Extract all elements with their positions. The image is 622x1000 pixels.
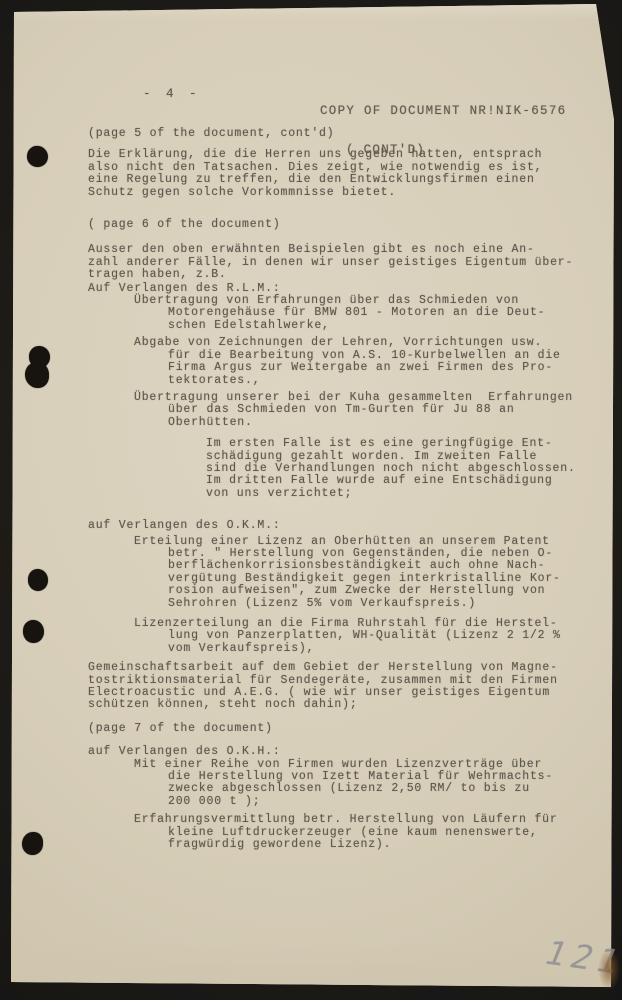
text-line: (page 5 of the document, cont'd) [88,128,598,140]
text-block: Übertragung unserer bei der Kuha gesamme… [88,392,598,429]
text-line: rosion aufweisen", zum Zwecke der Herste… [88,585,598,597]
text-line: Schutz gegen solche Vorkommnisse bietet. [88,187,598,199]
text-line: Motorengehäuse für BMW 801 - Motoren an … [88,307,598,319]
text-line: Erfahrungsvermittlung betr. Herstellung … [88,814,598,826]
text-line: tragen haben, z.B. [88,269,598,281]
text-line: Firma Argus zur Weitergabe an zwei Firme… [88,362,598,374]
text-line: Im dritten Falle wurde auf eine Entschäd… [88,475,598,487]
text-block: auf Verlangen des O.K.M.: [88,520,598,532]
text-block: (page 7 of the document) [88,723,598,735]
text-block: Im ersten Falle ist es eine geringfügige… [88,438,598,500]
text-line: Sehrohren (Lizenz 5% vom Verkaufspreis.) [88,598,598,610]
text-line: von uns verzichtet; [88,488,598,500]
text-line: Die Erklärung, die die Herren uns gegebe… [88,149,598,161]
text-line: Im ersten Falle ist es eine geringfügige… [88,438,598,450]
text-line: lung von Panzerplatten, WH-Qualität (Liz… [88,630,598,642]
text-block: Erfahrungsvermittlung betr. Herstellung … [88,814,598,851]
text-line: tektorates., [88,375,598,387]
text-line: schen Edelstahlwerke, [88,320,598,332]
text-line: auf Verlangen des O.K.M.: [88,520,598,532]
text-block: Die Erklärung, die die Herren uns gegebe… [88,149,598,199]
document-body: (page 5 of the document, cont'd)Die Erkl… [88,0,598,852]
text-block: Abgabe von Zeichnungen der Lehren, Vorri… [88,337,598,387]
text-line: vom Verkaufspreis), [88,643,598,655]
text-line: eine Regelung zu treffen, die den Entwic… [88,174,598,186]
pencil-annotation: 121 [539,933,622,981]
scanned-document-photo: { "colors": { "paper": "#d7ceb9", "frame… [0,0,622,1000]
text-line: zwecke abgeschlossen (Lizenz 2,50 RM/ to… [88,783,598,795]
text-line: (page 7 of the document) [88,723,598,735]
text-line: Gemeinschaftsarbeit auf dem Gebiet der H… [88,662,598,674]
page-content: - 4 - COPY OF DOCUMENT NR!NIK-6576 ( CON… [0,0,622,1000]
text-line: ( page 6 of the document) [88,219,598,231]
text-line: 200 000 t ); [88,796,598,808]
text-line: Abgabe von Zeichnungen der Lehren, Vorri… [88,337,598,349]
text-block: Ausser den oben erwähnten Beispielen gib… [88,244,598,281]
text-block: Übertragung von Erfahrungen über das Sch… [88,295,598,332]
text-line: auf Verlangen des O.K.H.: [88,746,598,758]
text-line: schützen können, steht noch dahin); [88,699,598,711]
text-block: Gemeinschaftsarbeit auf dem Gebiet der H… [88,662,598,712]
text-line: fragwürdig gewordene Lizenz). [88,839,598,851]
text-block: auf Verlangen des O.K.H.:Mit einer Reihe… [88,746,598,808]
text-block: Lizenzerteilung an die Firma Ruhrstahl f… [88,618,598,655]
text-line: Ausser den oben erwähnten Beispielen gib… [88,244,598,256]
text-block: (page 5 of the document, cont'd) [88,128,598,140]
text-block: ( page 6 of the document) [88,219,598,231]
text-block: Erteilung einer Lizenz an Oberhütten an … [88,536,598,610]
text-line: Oberhütten. [88,417,598,429]
text-line: berflächenkorrisionsbeständigkeit auch o… [88,560,598,572]
text-line: über das Schmieden von Tm-Gurten für Ju … [88,404,598,416]
